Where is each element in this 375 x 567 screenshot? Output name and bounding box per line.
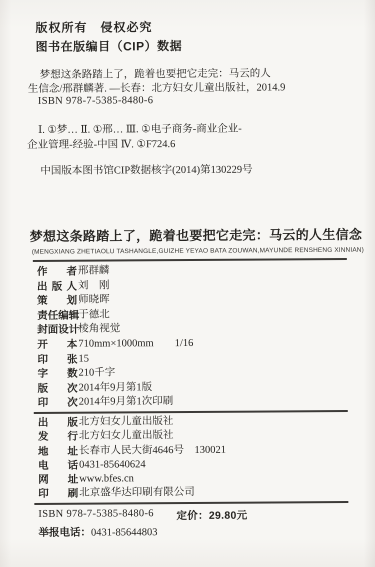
- cip-classification-line1: Ⅰ. ①梦… Ⅱ. ①邢… Ⅲ. ①电子商务-商业企业-: [38, 121, 242, 137]
- row-value: 210千字: [79, 367, 116, 378]
- row-value: 2014年9月第1版: [79, 382, 153, 393]
- publisher-row-distributor: 发行北方妇女儿童出版社: [38, 429, 226, 444]
- printing-row-edition: 版次2014年9月第1版: [38, 380, 194, 395]
- row-label: 作者: [37, 265, 77, 280]
- row-value: 邢群麟: [78, 265, 110, 276]
- cip-isbn: ISBN 978-7-5385-8480-6: [38, 95, 153, 107]
- row-label: 责任编辑: [37, 308, 77, 323]
- printing-group: 开本710mm×1000mm 1/16 印张15 字数210千字 版次2014年…: [37, 337, 193, 410]
- row-label: 印刷: [38, 487, 78, 502]
- divider-rule-bottom: [34, 501, 348, 505]
- row-label: 网址: [38, 473, 78, 488]
- row-label: 电话: [38, 459, 78, 474]
- row-value: 710mm×1000mm 1/16: [78, 338, 193, 350]
- row-label: 地址: [38, 444, 78, 459]
- row-label: 出版: [38, 416, 78, 431]
- row-label: 印次: [38, 396, 78, 411]
- credit-row-publisher-person: 出版人刘 刚: [37, 279, 120, 294]
- publisher-row-website: 网址www.bfes.cn: [38, 472, 226, 487]
- row-label: 印张: [37, 352, 77, 367]
- credit-row-planner: 策划师晓晖: [37, 293, 120, 308]
- footer-price: 定价：29.80元: [176, 508, 247, 523]
- divider-rule-top: [33, 258, 347, 262]
- book-title: 梦想这条路踏上了，跪着也要把它走完：马云的人生信念: [30, 224, 363, 245]
- row-value: 长春市人民大街4646号 130021: [79, 444, 226, 456]
- colophon-page: 版权所有 侵权必究 图书在版编目（CIP）数据 梦想这条路踏上了，跪着也要把它走…: [0, 0, 375, 567]
- row-label: 封面设计: [37, 323, 77, 338]
- row-label: 发行: [38, 430, 78, 445]
- row-value: www.bfes.cn: [79, 474, 134, 485]
- printing-row-format: 开本710mm×1000mm 1/16: [37, 337, 193, 352]
- row-value: 刘 刚: [78, 280, 110, 291]
- cip-record-line2: 生信念/邢群麟著. —长春：北方妇女儿童出版社，2014.9: [28, 79, 286, 96]
- row-label: 出版人: [37, 279, 77, 294]
- report-phone-value: 0431-85644803: [91, 527, 158, 538]
- row-value: 15: [78, 353, 89, 364]
- row-value: 于德北: [78, 309, 110, 320]
- printing-row-impression: 印次2014年9月第1次印刷: [38, 395, 194, 410]
- book-title-pinyin: (MENGXIANG ZHETIAOLU TASHANGLE,GUIZHE YE…: [32, 246, 364, 255]
- row-value: 北方妇女儿童出版社: [79, 416, 174, 428]
- footer-report-line: 举报电话：0431-85644803: [38, 524, 157, 540]
- credits-group: 作者邢群麟 出版人刘 刚 策划师晓晖 责任编辑于德北 封面设计棱角视觉: [37, 264, 120, 337]
- publisher-group: 出版北方妇女儿童出版社 发行北方妇女儿童出版社 地址长春市人民大街4646号 1…: [38, 415, 227, 502]
- cip-registry-number: 中国版本图书馆CIP数据核字(2014)第130229号: [40, 162, 252, 178]
- footer-isbn: ISBN 978-7-5385-8480-6: [38, 508, 153, 520]
- cip-heading: 图书在版编目（CIP）数据: [35, 37, 182, 55]
- credit-row-cover-design: 封面设计棱角视觉: [37, 322, 120, 337]
- report-phone-label: 举报电话：: [38, 527, 91, 539]
- row-value: 北京盛华达印刷有限公司: [79, 487, 195, 499]
- row-label: 版次: [38, 381, 78, 396]
- printing-row-wordcount: 字数210千字: [38, 366, 194, 381]
- divider-rule-middle: [34, 410, 348, 413]
- row-label: 开本: [37, 338, 77, 353]
- publisher-row-printer: 印刷北京盛华达印刷有限公司: [38, 486, 226, 501]
- publisher-row-address: 地址长春市人民大街4646号 130021: [38, 443, 226, 458]
- publisher-row-press: 出版北方妇女儿童出版社: [38, 415, 226, 430]
- row-label: 字数: [38, 367, 78, 382]
- printing-row-sheets: 印张15: [37, 351, 193, 366]
- publisher-row-phone: 电话0431-85640624: [38, 458, 226, 473]
- footer-isbn-line: ISBN 978-7-5385-8480-6 定价：29.80元: [38, 508, 153, 520]
- row-value: 0431-85640624: [79, 459, 146, 470]
- row-label: 策划: [37, 294, 77, 309]
- credit-row-author: 作者邢群麟: [37, 264, 120, 279]
- credit-row-editor: 责任编辑于德北: [37, 308, 120, 323]
- copyright-notice: 版权所有 侵权必究: [35, 18, 152, 36]
- row-value: 2014年9月第1次印刷: [79, 396, 174, 408]
- row-value: 北方妇女儿童出版社: [79, 430, 174, 442]
- scanned-content: 版权所有 侵权必究 图书在版编目（CIP）数据 梦想这条路踏上了，跪着也要把它走…: [0, 0, 375, 567]
- row-value: 师晓晖: [78, 294, 110, 305]
- row-value: 棱角视觉: [78, 323, 120, 334]
- cip-classification-line2: 企业管理-经验-中国 Ⅳ. ①F724.6: [27, 136, 175, 152]
